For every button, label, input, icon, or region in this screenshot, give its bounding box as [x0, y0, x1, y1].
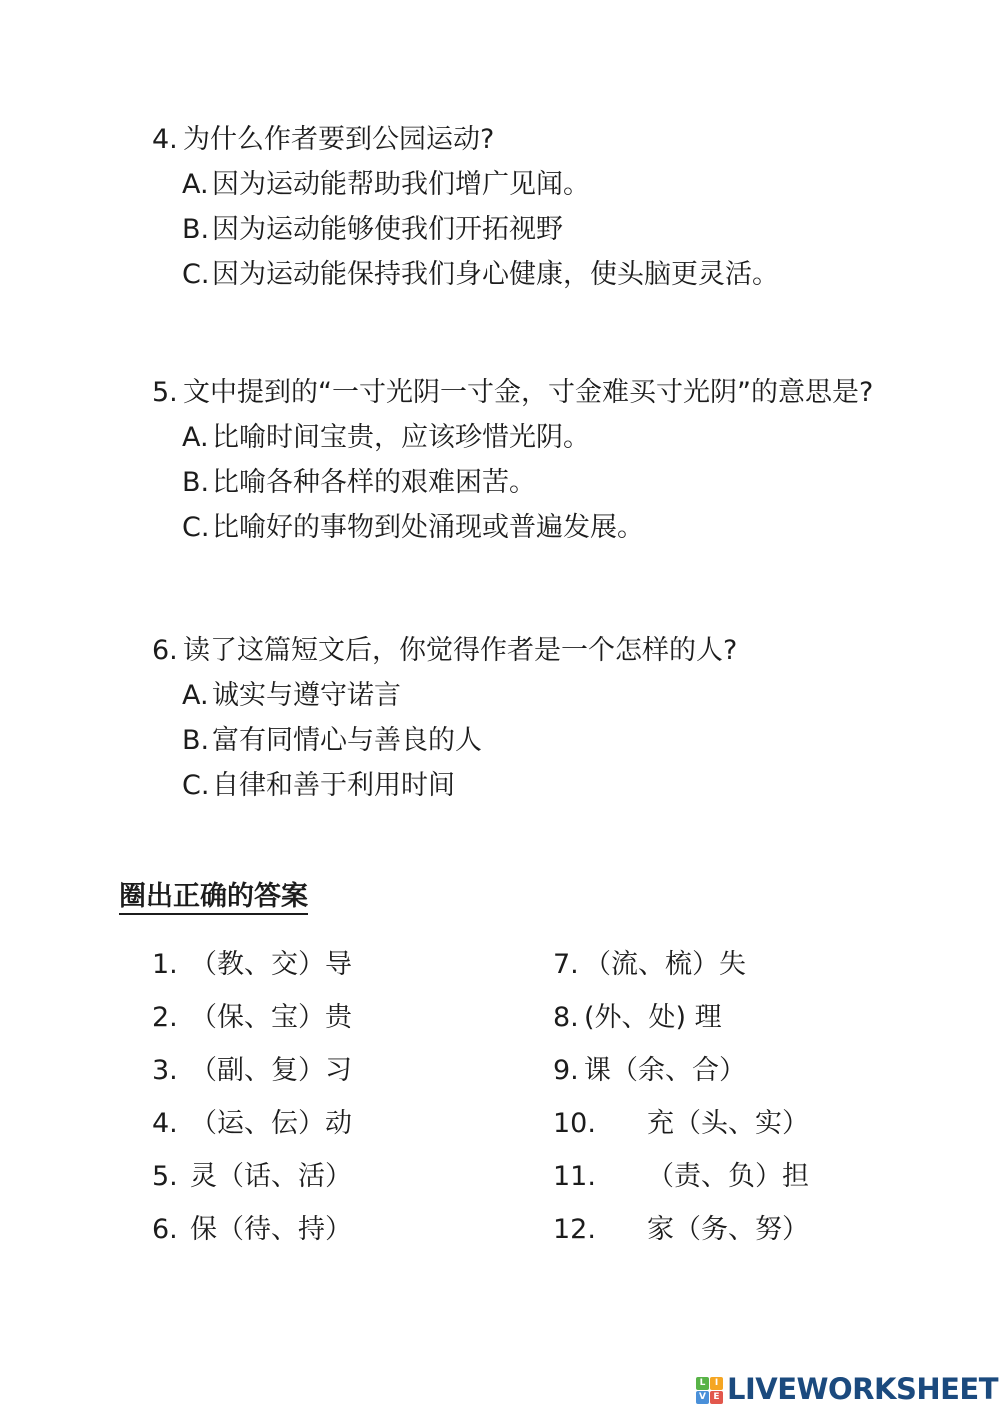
- item-text: （责、负）担: [647, 1162, 809, 1192]
- liveworksheets-icon: L I V E: [696, 1377, 723, 1404]
- option-label: A.: [182, 170, 212, 200]
- circle-item-8[interactable]: 8. (外、处) 理: [553, 1003, 809, 1033]
- item-text: 保（待、持）: [190, 1215, 352, 1245]
- option-label: C.: [182, 771, 212, 801]
- circle-item-5[interactable]: 5. 灵（话、活）: [152, 1162, 352, 1192]
- circle-item-2[interactable]: 2. （保、宝）贵: [152, 1003, 352, 1033]
- option-label: B.: [182, 468, 212, 498]
- brand-name: LIVEWORKSHEETS: [727, 1374, 1000, 1404]
- question-4-title: 4. 为什么作者要到公园运动?: [152, 125, 779, 155]
- option-text: 比喻好的事物到处涌现或普遍发展。: [212, 513, 644, 543]
- circle-item-4[interactable]: 4. （运、伝）动: [152, 1109, 352, 1139]
- option-label: B.: [182, 726, 212, 756]
- circle-item-11[interactable]: 11. （责、负）担: [553, 1162, 809, 1192]
- question-text: 读了这篇短文后，你觉得作者是一个怎样的人?: [183, 636, 737, 666]
- circle-item-9[interactable]: 9. 课（余、合）: [553, 1056, 809, 1086]
- section-heading: 圈出正确的答案: [119, 882, 308, 915]
- circle-item-6[interactable]: 6. 保（待、持）: [152, 1215, 352, 1245]
- icon-letter-i: I: [710, 1377, 723, 1390]
- circle-item-1[interactable]: 1. （教、交）导: [152, 950, 352, 980]
- circle-items-left-column: 1. （教、交）导 2. （保、宝）贵 3. （副、复）习 4. （运、伝）动 …: [152, 950, 352, 1268]
- question-6-option-b[interactable]: B. 富有同情心与善良的人: [182, 726, 737, 756]
- item-number: 8.: [553, 1003, 573, 1033]
- item-number: 11.: [553, 1162, 593, 1192]
- item-text: 灵（话、活）: [190, 1162, 352, 1192]
- option-label: A.: [182, 423, 212, 453]
- item-number: 10.: [553, 1109, 593, 1139]
- question-number: 5.: [152, 378, 183, 408]
- option-text: 比喻各种各样的艰难困苦。: [212, 468, 536, 498]
- item-number: 1.: [152, 950, 178, 980]
- liveworksheets-logo[interactable]: L I V E LIVEWORKSHEETS: [696, 1374, 1000, 1404]
- item-number: 6.: [152, 1215, 178, 1245]
- option-label: B.: [182, 215, 212, 245]
- item-text: （教、交）导: [190, 950, 352, 980]
- option-label: C.: [182, 260, 212, 290]
- item-text: （运、伝）动: [190, 1109, 352, 1139]
- icon-letter-e: E: [710, 1391, 723, 1404]
- item-text: (外、处) 理: [584, 1003, 722, 1033]
- question-5-option-b[interactable]: B. 比喻各种各样的艰难困苦。: [182, 468, 873, 498]
- worksheet-page: 4. 为什么作者要到公园运动? A. 因为运动能帮助我们增广见闻。 B. 因为运…: [0, 0, 1000, 1413]
- circle-item-12[interactable]: 12. 家（务、努）: [553, 1215, 809, 1245]
- question-text: 为什么作者要到公园运动?: [183, 125, 494, 155]
- item-number: 5.: [152, 1162, 178, 1192]
- item-text: 充（头、实）: [647, 1109, 809, 1139]
- item-text: （保、宝）贵: [190, 1003, 352, 1033]
- option-label: A.: [182, 681, 212, 711]
- item-text: 家（务、努）: [647, 1215, 809, 1245]
- question-5: 5. 文中提到的“一寸光阴一寸金，寸金难买寸光阴”的意思是? A. 比喻时间宝贵…: [152, 378, 873, 543]
- item-number: 9.: [553, 1056, 573, 1086]
- question-4-option-a[interactable]: A. 因为运动能帮助我们增广见闻。: [182, 170, 779, 200]
- circle-item-3[interactable]: 3. （副、复）习: [152, 1056, 352, 1086]
- question-4: 4. 为什么作者要到公园运动? A. 因为运动能帮助我们增广见闻。 B. 因为运…: [152, 125, 779, 290]
- option-text: 因为运动能保持我们身心健康，使头脑更灵活。: [212, 260, 779, 290]
- question-5-option-a[interactable]: A. 比喻时间宝贵，应该珍惜光阴。: [182, 423, 873, 453]
- item-number: 7.: [553, 950, 573, 980]
- question-4-option-c[interactable]: C. 因为运动能保持我们身心健康，使头脑更灵活。: [182, 260, 779, 290]
- question-5-title: 5. 文中提到的“一寸光阴一寸金，寸金难买寸光阴”的意思是?: [152, 378, 873, 408]
- item-number: 4.: [152, 1109, 178, 1139]
- icon-letter-l: L: [696, 1377, 709, 1390]
- question-6: 6. 读了这篇短文后，你觉得作者是一个怎样的人? A. 诚实与遵守诺言 B. 富…: [152, 636, 737, 801]
- option-text: 因为运动能帮助我们增广见闻。: [212, 170, 590, 200]
- circle-item-10[interactable]: 10. 充（头、实）: [553, 1109, 809, 1139]
- circle-items-right-column: 7. （流、梳）失 8. (外、处) 理 9. 课（余、合） 10. 充（头、实…: [553, 950, 809, 1268]
- question-6-title: 6. 读了这篇短文后，你觉得作者是一个怎样的人?: [152, 636, 737, 666]
- question-number: 4.: [152, 125, 183, 155]
- question-5-option-c[interactable]: C. 比喻好的事物到处涌现或普遍发展。: [182, 513, 873, 543]
- option-text: 因为运动能够使我们开拓视野: [212, 215, 563, 245]
- question-6-option-c[interactable]: C. 自律和善于利用时间: [182, 771, 737, 801]
- item-number: 3.: [152, 1056, 178, 1086]
- option-text: 自律和善于利用时间: [212, 771, 455, 801]
- item-text: 课（余、合）: [584, 1056, 746, 1086]
- option-text: 诚实与遵守诺言: [212, 681, 401, 711]
- item-number: 2.: [152, 1003, 178, 1033]
- question-4-option-b[interactable]: B. 因为运动能够使我们开拓视野: [182, 215, 779, 245]
- question-number: 6.: [152, 636, 183, 666]
- item-number: 12.: [553, 1215, 593, 1245]
- icon-letter-v: V: [696, 1391, 709, 1404]
- option-text: 比喻时间宝贵，应该珍惜光阴。: [212, 423, 590, 453]
- item-text: （副、复）习: [190, 1056, 352, 1086]
- option-label: C.: [182, 513, 212, 543]
- item-text: （流、梳）失: [584, 950, 746, 980]
- question-6-option-a[interactable]: A. 诚实与遵守诺言: [182, 681, 737, 711]
- circle-item-7[interactable]: 7. （流、梳）失: [553, 950, 809, 980]
- option-text: 富有同情心与善良的人: [212, 726, 482, 756]
- question-text: 文中提到的“一寸光阴一寸金，寸金难买寸光阴”的意思是?: [183, 378, 873, 408]
